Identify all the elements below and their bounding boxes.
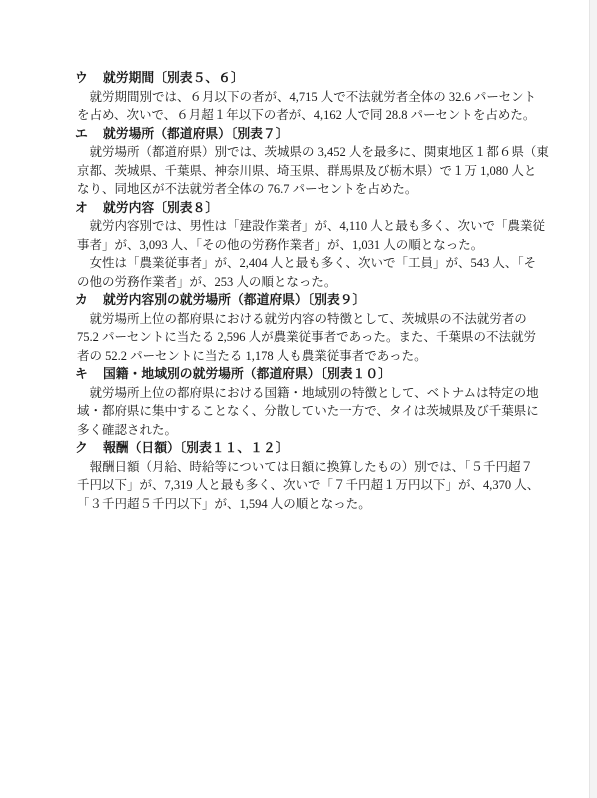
- document-page: ウ就労期間〔別表５、６〕 就労期間別では、６月以下の者が、4,715 人で不法就…: [0, 0, 590, 798]
- section-marker: カ: [75, 291, 103, 310]
- section-title: 報酬（日額）〔別表１１、１２〕: [103, 440, 289, 455]
- section-heading: ク報酬（日額）〔別表１１、１２〕: [77, 439, 559, 458]
- section-remuneration: ク報酬（日額）〔別表１１、１２〕 報酬日額（月給、時給等については日額に換算した…: [77, 439, 559, 513]
- section-employment-period: ウ就労期間〔別表５、６〕 就労期間別では、６月以下の者が、4,715 人で不法就…: [77, 69, 559, 125]
- section-title: 就労内容別の就労場所（都道府県）〔別表９〕: [103, 292, 365, 307]
- page-edge-strip: [590, 0, 597, 798]
- section-paragraph-male: 就労内容別では、男性は「建設作業者」が、4,110 人と最も多く、次いで「農業従…: [77, 217, 559, 254]
- section-paragraph: 就労場所上位の都府県における国籍・地域別の特徴として、ベトナムは特定の地 域・都…: [77, 384, 559, 440]
- section-location-by-content: カ就労内容別の就労場所（都道府県）〔別表９〕 就労場所上位の都府県における就労内…: [77, 291, 559, 365]
- section-heading: エ就労場所（都道府県）〔別表７〕: [77, 125, 559, 144]
- document-body: ウ就労期間〔別表５、６〕 就労期間別では、６月以下の者が、4,715 人で不法就…: [77, 69, 559, 513]
- section-marker: ウ: [75, 69, 103, 88]
- section-paragraph-female: 女性は「農業従事者」が、2,404 人と最も多く、次いで「工員」が、543 人、…: [77, 254, 559, 291]
- section-paragraph: 報酬日額（月給、時給等については日額に換算したもの）別では、「５千円超７ 千円以…: [77, 458, 559, 514]
- section-title: 就労期間〔別表５、６〕: [103, 70, 244, 85]
- section-location-by-nationality: キ国籍・地域別の就労場所（都道府県）〔別表１０〕 就労場所上位の都府県における国…: [77, 365, 559, 439]
- section-work-location: エ就労場所（都道府県）〔別表７〕 就労場所（都道府県）別では、茨城県の 3,45…: [77, 125, 559, 199]
- section-title: 就労内容〔別表８〕: [103, 200, 218, 215]
- section-marker: オ: [75, 199, 103, 218]
- section-marker: エ: [75, 125, 103, 144]
- section-paragraph: 就労場所（都道府県）別では、茨城県の 3,452 人を最多に、関東地区１都６県（…: [77, 143, 559, 199]
- section-marker: ク: [75, 439, 103, 458]
- section-title: 国籍・地域別の就労場所（都道府県）〔別表１０〕: [103, 366, 391, 381]
- section-heading: カ就労内容別の就労場所（都道府県）〔別表９〕: [77, 291, 559, 310]
- section-heading: キ国籍・地域別の就労場所（都道府県）〔別表１０〕: [77, 365, 559, 384]
- section-marker: キ: [75, 365, 103, 384]
- section-work-content: オ就労内容〔別表８〕 就労内容別では、男性は「建設作業者」が、4,110 人と最…: [77, 199, 559, 292]
- section-heading: オ就労内容〔別表８〕: [77, 199, 559, 218]
- section-title: 就労場所（都道府県）〔別表７〕: [103, 126, 289, 141]
- section-paragraph: 就労期間別では、６月以下の者が、4,715 人で不法就労者全体の 32.6 パー…: [77, 88, 559, 125]
- section-heading: ウ就労期間〔別表５、６〕: [77, 69, 559, 88]
- section-paragraph: 就労場所上位の都府県における就労内容の特徴として、茨城県の不法就労者の 75.2…: [77, 310, 559, 366]
